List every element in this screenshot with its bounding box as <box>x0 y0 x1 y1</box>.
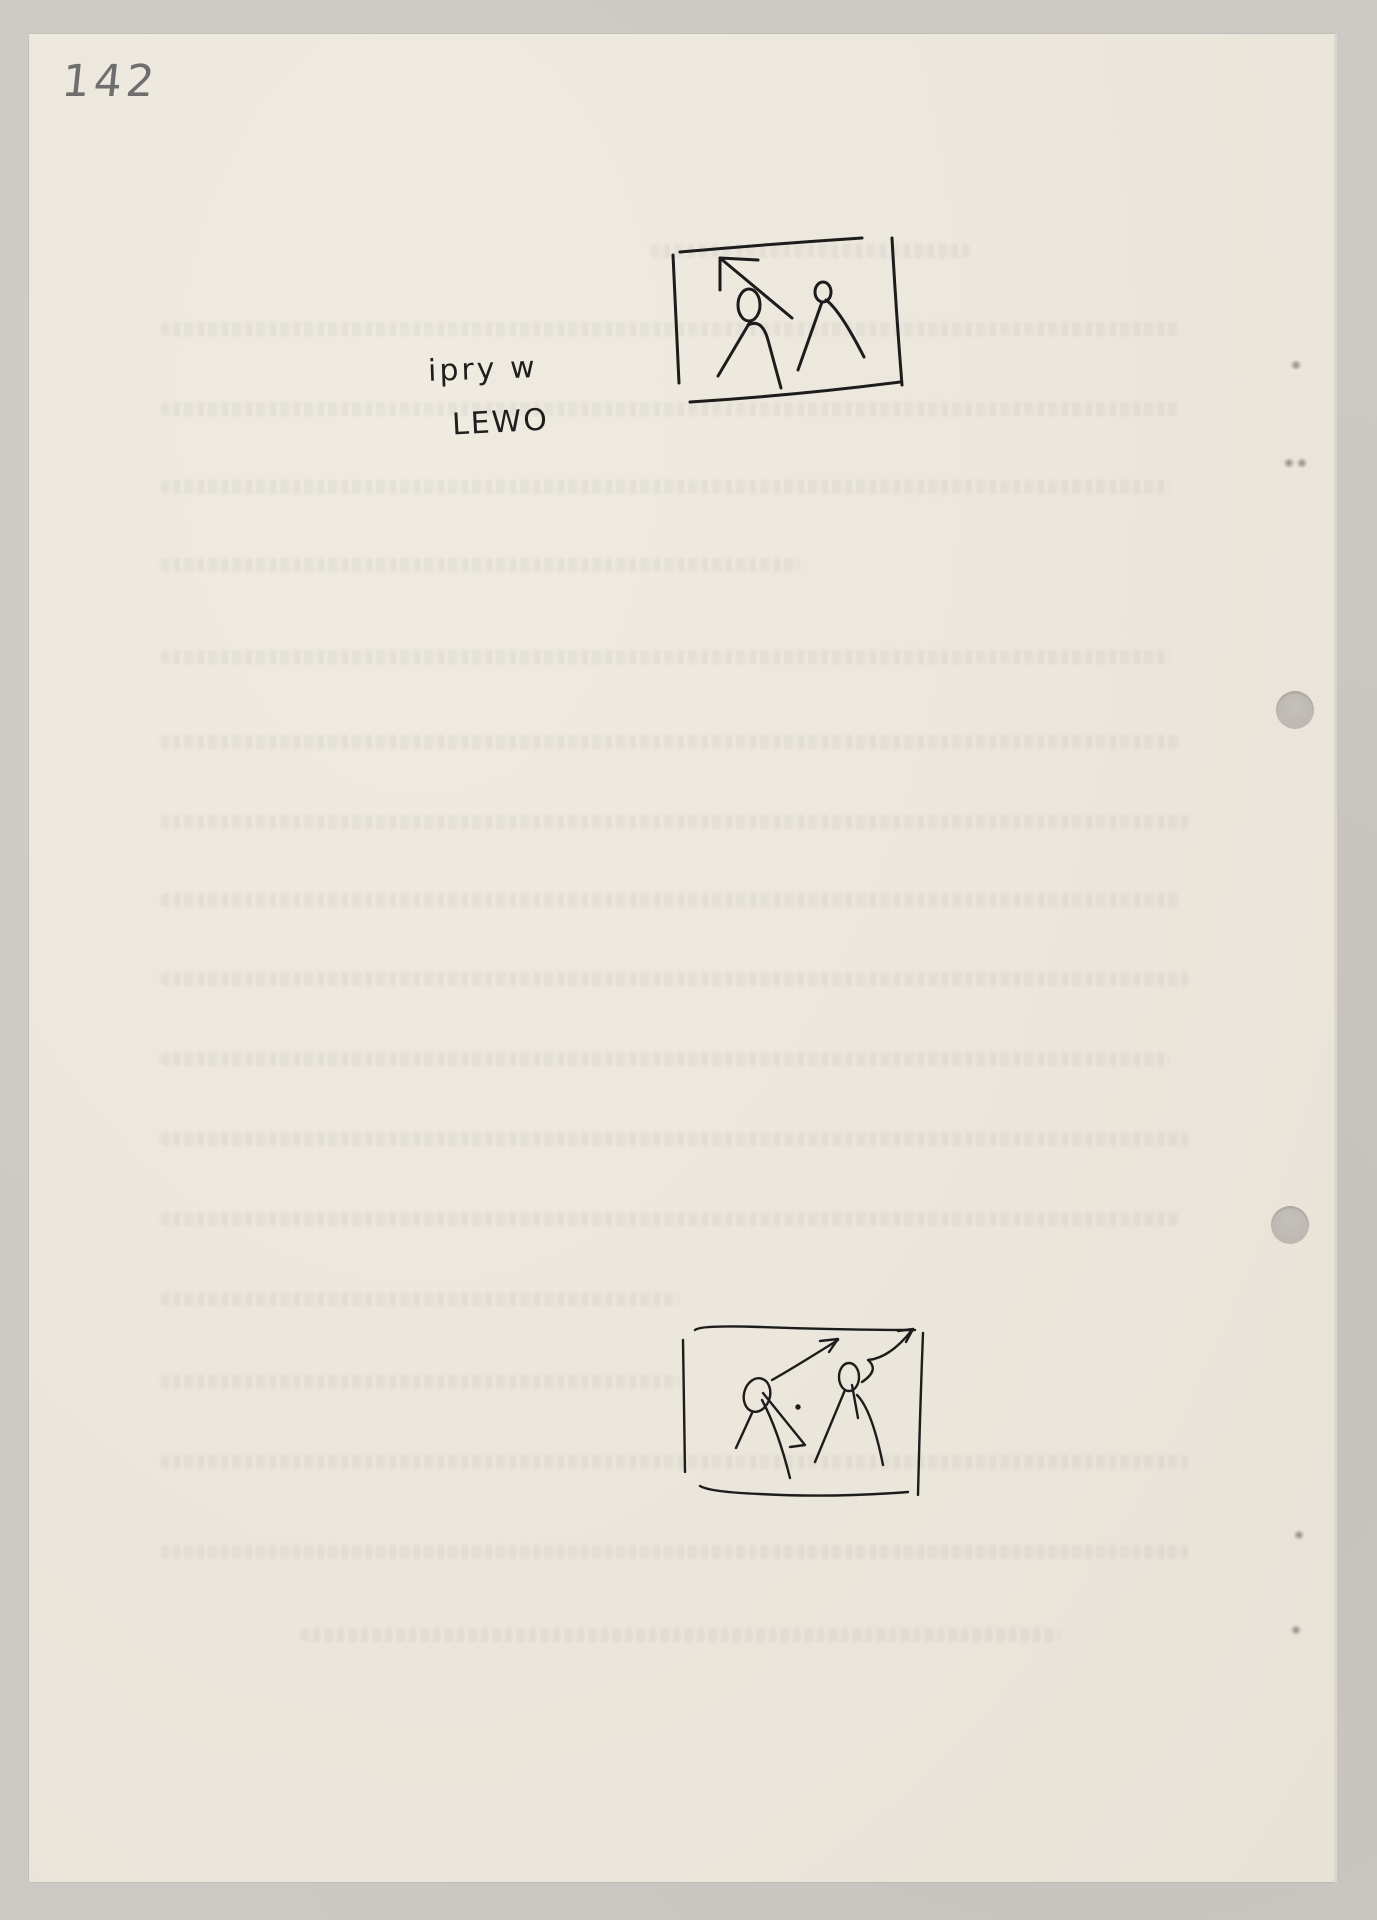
binder-hole <box>1276 691 1314 729</box>
punch-mark <box>1296 458 1308 468</box>
ink-sketches <box>0 0 1377 1920</box>
sketch-2-frame-top <box>695 1326 915 1330</box>
sketch-2-body-2-right <box>857 1395 883 1465</box>
sketch-2-head-1 <box>740 1375 774 1415</box>
sketch-1-body-2-right <box>826 300 864 357</box>
sketch-2-frame-right <box>918 1333 923 1495</box>
punch-mark <box>1283 458 1295 468</box>
sketch-1-body-1-left <box>718 322 750 376</box>
sketch-1-frame-left <box>673 255 679 383</box>
punch-mark <box>1293 1530 1305 1540</box>
sketch-2-dot <box>797 1406 800 1409</box>
sketch-2-body-1-right <box>762 1400 790 1478</box>
sketch-1 <box>673 238 902 402</box>
arrow-down-right-icon <box>763 1393 805 1447</box>
sketch-1-frame-right <box>892 238 902 385</box>
sketch-1-head-1 <box>738 289 760 321</box>
arrow-down-icon <box>852 1385 858 1418</box>
sketch-1-frame-bottom <box>690 382 900 402</box>
sketch-1-body-1-right <box>748 323 781 388</box>
sketch-1-body-2-left <box>798 302 822 370</box>
binder-hole <box>1271 1206 1309 1244</box>
sketch-2-body-2-left <box>815 1390 845 1462</box>
sketch-2-frame-left <box>683 1340 685 1472</box>
punch-mark <box>1290 1625 1302 1635</box>
sketch-2-body-1-left <box>736 1413 752 1448</box>
punch-mark <box>1290 360 1302 370</box>
sketch-1-arrow-shaft <box>720 258 792 318</box>
sketch-2-arrow-1-shaft <box>772 1340 838 1380</box>
sketch-2 <box>683 1326 923 1495</box>
sketch-1-head-2 <box>815 282 831 302</box>
sketch-1-frame-top <box>680 238 862 252</box>
arrow-up-right-icon <box>898 1329 913 1342</box>
sketch-2-head-2 <box>839 1363 859 1391</box>
sketch-2-frame-bottom <box>700 1486 908 1496</box>
sketch-2-arrow-2-shaft <box>862 1330 912 1382</box>
